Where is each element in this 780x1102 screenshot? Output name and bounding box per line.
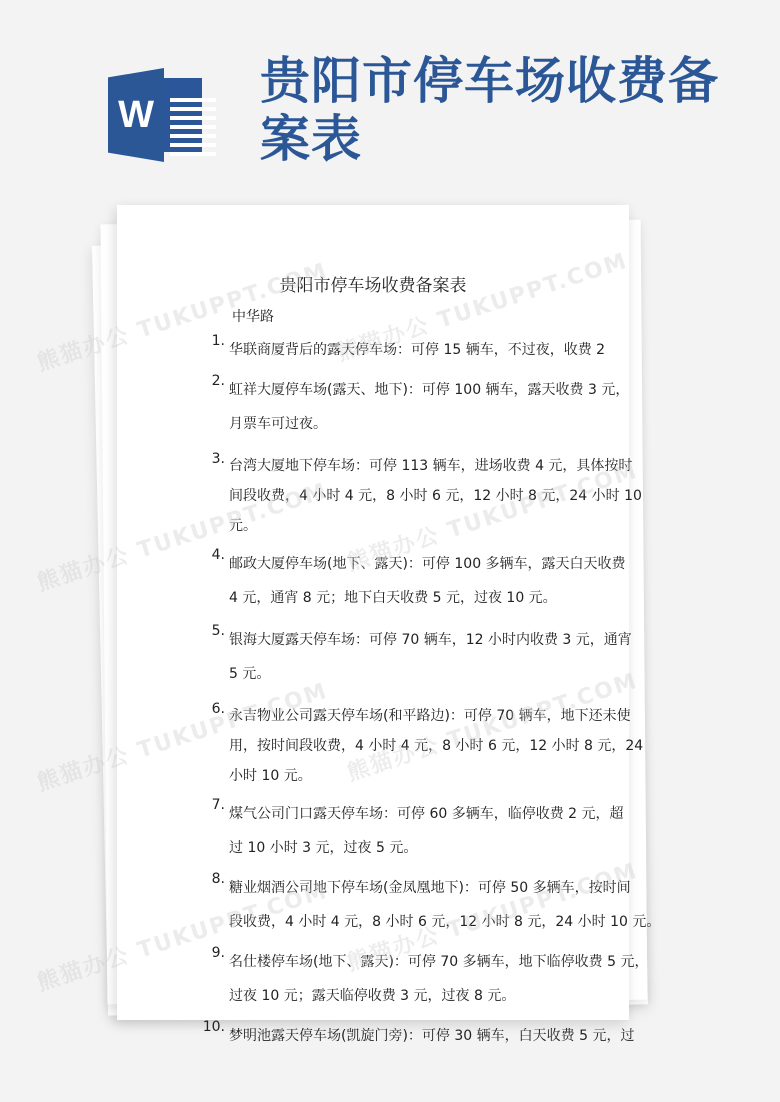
list-item: 5.银海大厦露天停车场：可停 70 辆车，12 小时内收费 3 元，通宵5 元。: [199, 623, 609, 691]
item-line: 5 元。: [229, 657, 632, 691]
item-line: 段收费，4 小时 4 元，8 小时 6 元，12 小时 8 元，24 小时 10…: [229, 905, 660, 939]
list-item: 3.台湾大厦地下停车场：可停 113 辆车，进场收费 4 元，具体按时间段收费，…: [199, 451, 609, 541]
list-item: 8.糖业烟酒公司地下停车场(金凤凰地下)：可停 50 多辆车，按时间段收费，4 …: [199, 871, 609, 939]
item-line: 元。: [229, 511, 642, 541]
item-line: 永吉物业公司露天停车场(和平路边)：可停 70 辆车，地下还未使: [229, 701, 643, 731]
item-line: 梦明池露天停车场(凯旋门旁)：可停 30 辆车，白天收费 5 元，过: [229, 1019, 634, 1053]
list-item: 9.名仕楼停车场(地下、露天)：可停 70 多辆车，地下临停收费 5 元，过夜 …: [199, 945, 609, 1013]
item-line: 月票车可过夜。: [229, 407, 629, 441]
item-text: 永吉物业公司露天停车场(和平路边)：可停 70 辆车，地下还未使用，按时间段收费…: [229, 701, 643, 791]
item-number: 10.: [199, 1019, 229, 1053]
item-number: 7.: [199, 797, 229, 865]
word-w-badge: W: [108, 68, 164, 162]
item-number: 6.: [199, 701, 229, 791]
item-number: 4.: [199, 547, 229, 615]
document-page: 贵阳市停车场收费备案表 中华路 1.华联商厦背后的露天停车场：可停 15 辆车，…: [117, 205, 629, 1020]
item-line: 银海大厦露天停车场：可停 70 辆车，12 小时内收费 3 元，通宵: [229, 623, 632, 657]
item-number: 9.: [199, 945, 229, 1013]
item-line: 虹祥大厦停车场(露天、地下)：可停 100 辆车，露天收费 3 元，: [229, 373, 629, 407]
item-text: 银海大厦露天停车场：可停 70 辆车，12 小时内收费 3 元，通宵5 元。: [229, 623, 632, 691]
item-text: 台湾大厦地下停车场：可停 113 辆车，进场收费 4 元，具体按时间段收费，4 …: [229, 451, 642, 541]
item-line: 4 元，通宵 8 元；地下白天收费 5 元，过夜 10 元。: [229, 581, 626, 615]
item-text: 邮政大厦停车场(地下、露天)：可停 100 多辆车，露天白天收费4 元，通宵 8…: [229, 547, 626, 615]
list-item: 6.永吉物业公司露天停车场(和平路边)：可停 70 辆车，地下还未使用，按时间段…: [199, 701, 609, 791]
item-number: 8.: [199, 871, 229, 939]
item-line: 华联商厦背后的露天停车场：可停 15 辆车，不过夜，收费 2: [229, 333, 609, 367]
item-line: 名仕楼停车场(地下、露天)：可停 70 多辆车，地下临停收费 5 元，: [229, 945, 648, 979]
item-number: 1.: [199, 333, 229, 367]
item-line: 邮政大厦停车场(地下、露天)：可停 100 多辆车，露天白天收费: [229, 547, 626, 581]
item-line: 过夜 10 元；露天临停收费 3 元，过夜 8 元。: [229, 979, 648, 1013]
parking-lot-list: 1.华联商厦背后的露天停车场：可停 15 辆车，不过夜，收费 22.虹祥大厦停车…: [199, 333, 609, 1053]
list-item: 1.华联商厦背后的露天停车场：可停 15 辆车，不过夜，收费 2: [199, 333, 609, 367]
item-text: 华联商厦背后的露天停车场：可停 15 辆车，不过夜，收费 2: [229, 333, 609, 367]
item-line: 间段收费，4 小时 4 元，8 小时 6 元，12 小时 8 元，24 小时 1…: [229, 481, 642, 511]
list-item: 2.虹祥大厦停车场(露天、地下)：可停 100 辆车，露天收费 3 元，月票车可…: [199, 373, 609, 441]
section-heading: 中华路: [232, 306, 274, 326]
item-text: 梦明池露天停车场(凯旋门旁)：可停 30 辆车，白天收费 5 元，过: [229, 1019, 634, 1053]
item-number: 5.: [199, 623, 229, 691]
list-item: 10.梦明池露天停车场(凯旋门旁)：可停 30 辆车，白天收费 5 元，过: [199, 1019, 609, 1053]
item-number: 3.: [199, 451, 229, 541]
item-line: 糖业烟酒公司地下停车场(金凤凰地下)：可停 50 多辆车，按时间: [229, 871, 660, 905]
item-line: 台湾大厦地下停车场：可停 113 辆车，进场收费 4 元，具体按时: [229, 451, 642, 481]
item-text: 煤气公司门口露天停车场：可停 60 多辆车，临停收费 2 元，超过 10 小时 …: [229, 797, 624, 865]
item-text: 糖业烟酒公司地下停车场(金凤凰地下)：可停 50 多辆车，按时间段收费，4 小时…: [229, 871, 660, 939]
list-item: 7.煤气公司门口露天停车场：可停 60 多辆车，临停收费 2 元，超过 10 小…: [199, 797, 609, 865]
word-document-icon: W: [108, 68, 208, 162]
item-line: 煤气公司门口露天停车场：可停 60 多辆车，临停收费 2 元，超: [229, 797, 624, 831]
item-line: 小时 10 元。: [229, 761, 643, 791]
document-title: 贵阳市停车场收费备案表: [117, 271, 629, 296]
banner-title: 贵阳市停车场收费备案表: [260, 52, 740, 168]
item-line: 过 10 小时 3 元，过夜 5 元。: [229, 831, 624, 865]
item-text: 名仕楼停车场(地下、露天)：可停 70 多辆车，地下临停收费 5 元，过夜 10…: [229, 945, 648, 1013]
list-item: 4.邮政大厦停车场(地下、露天)：可停 100 多辆车，露天白天收费4 元，通宵…: [199, 547, 609, 615]
item-line: 用，按时间段收费，4 小时 4 元，8 小时 6 元，12 小时 8 元，24: [229, 731, 643, 761]
item-text: 虹祥大厦停车场(露天、地下)：可停 100 辆车，露天收费 3 元，月票车可过夜…: [229, 373, 629, 441]
item-number: 2.: [199, 373, 229, 441]
